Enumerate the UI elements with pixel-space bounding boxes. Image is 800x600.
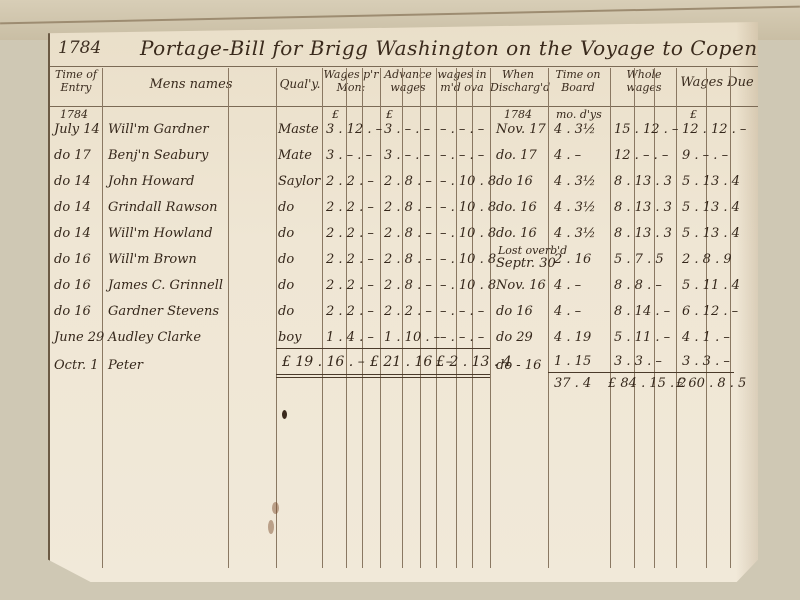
row-whole-wages: 5 . 7 . 5 bbox=[614, 252, 664, 267]
row-discharged: do. 17 bbox=[496, 148, 537, 163]
stain bbox=[268, 520, 274, 534]
row-whole-wages: 15 . 12 . – bbox=[614, 122, 678, 137]
column-rule bbox=[102, 68, 103, 568]
pound-sign: £ bbox=[690, 108, 697, 121]
row-whole-wages: 5 . 11 . – bbox=[614, 330, 670, 345]
row-md-ova: – . – . – bbox=[440, 304, 484, 319]
row-whole-wages: 8 . 14 . – bbox=[614, 304, 670, 319]
row-discharged: Nov. 17 bbox=[496, 122, 546, 137]
row-md-ova: – . – . – bbox=[440, 148, 484, 163]
time-units: mo. d'ys bbox=[556, 108, 602, 121]
row-wage-pm: 3 . 12 . – bbox=[326, 122, 382, 137]
row-entry: June 29 bbox=[54, 330, 104, 345]
row-wages-due: 4 . 1 . – bbox=[682, 330, 730, 345]
total-whole-wages: £ 84 . 15 . 2 bbox=[608, 376, 687, 391]
row-wage-pm: 2 . 2 . – bbox=[326, 304, 374, 319]
row-name: Audley Clarke bbox=[108, 330, 201, 345]
row-wages-due: 6 . 12 . – bbox=[682, 304, 738, 319]
row-whole-wages: 8 . 13 . 3 bbox=[614, 226, 672, 241]
row-advance: 2 . 8 . – bbox=[384, 226, 432, 241]
row-md-ova: – . 10 . 8 bbox=[440, 200, 496, 215]
row-wages-due: 9 . – . – bbox=[682, 148, 728, 163]
total-rule bbox=[276, 348, 490, 349]
column-rule bbox=[548, 68, 549, 568]
row-quality: Maste bbox=[278, 122, 319, 137]
header-wages-per-month: Wages p'r Mon: bbox=[322, 68, 380, 106]
row-quality: do bbox=[278, 200, 294, 215]
header-rule bbox=[50, 106, 758, 107]
row-discharged: do. 16 bbox=[496, 226, 537, 241]
row-name: Will'm Gardner bbox=[108, 122, 209, 137]
row-quality: do bbox=[278, 252, 294, 267]
row-entry: do 16 bbox=[54, 252, 91, 267]
column-rule bbox=[276, 68, 277, 568]
row-md-ova: – . 10 . 8 bbox=[440, 174, 496, 189]
row-quality: do bbox=[278, 278, 294, 293]
row-time-on-board: 4 . 3½ bbox=[554, 174, 596, 189]
row-wage-pm: 2 . 2 . – bbox=[326, 200, 374, 215]
row-wage-pm: 2 . 2 . – bbox=[326, 226, 374, 241]
row-time-on-board: 1 . 15 bbox=[554, 354, 591, 369]
row-md-ova: – . 10 . 8 bbox=[440, 252, 496, 267]
row-name: Will'm Brown bbox=[108, 252, 197, 267]
row-wages-due: 12 . 12 . – bbox=[682, 122, 746, 137]
row-quality: do bbox=[278, 226, 294, 241]
row-advance: 2 . 2 . – bbox=[384, 304, 432, 319]
row-entry: July 14 bbox=[54, 122, 100, 137]
entry-year: 1784 bbox=[60, 108, 88, 121]
pound-sign: £ bbox=[386, 108, 393, 121]
total-wage-pm: £ 19 . 16 . – bbox=[282, 354, 365, 370]
column-rule bbox=[490, 68, 491, 568]
row-name: Gardner Stevens bbox=[108, 304, 219, 319]
row-wage-pm: 1 . 4 . – bbox=[326, 330, 374, 345]
total-double-rule bbox=[276, 377, 490, 378]
row-md-ova: – . – . – bbox=[440, 330, 484, 345]
row-discharged: do. 16 bbox=[496, 200, 537, 215]
row-wage-pm: 2 . 2 . – bbox=[326, 174, 374, 189]
row-whole-wages: 8 . 8 . – bbox=[614, 278, 662, 293]
row-discharged: Nov. 16 bbox=[496, 278, 546, 293]
row-name: Grindall Rawson bbox=[108, 200, 217, 215]
row-entry: Octr. 1 bbox=[54, 358, 98, 373]
header-whole-wages: Whole wages bbox=[612, 68, 676, 106]
row-advance: 3 . – . – bbox=[384, 148, 430, 163]
document-year: 1784 bbox=[58, 38, 101, 58]
discharge-year: 1784 bbox=[504, 108, 532, 121]
column-rule bbox=[322, 68, 323, 568]
header-when-discharged: When Discharg'd bbox=[490, 68, 546, 106]
row-time-on-board: 4 . – bbox=[554, 304, 581, 319]
row-wages-due: 3 . 3 . – bbox=[682, 354, 730, 369]
ledger-page: 1784 Portage-Bill for Brigg Washington o… bbox=[48, 22, 758, 582]
row-time-on-board: 4 . 19 bbox=[554, 330, 591, 345]
row-entry: do 16 bbox=[54, 278, 91, 293]
row-name: Will'm Howland bbox=[108, 226, 213, 241]
row-entry: do 14 bbox=[54, 226, 91, 241]
row-wage-pm: 2 . 2 . – bbox=[326, 278, 374, 293]
row-time-on-board: 4 . – bbox=[554, 148, 581, 163]
row-entry: do 14 bbox=[54, 200, 91, 215]
column-rule bbox=[610, 68, 611, 568]
row-whole-wages: 3 . 3 . – bbox=[614, 354, 662, 369]
document-title: Portage-Bill for Brigg Washington on the… bbox=[140, 36, 800, 60]
row-wages-due: 5 . 13 . 4 bbox=[682, 174, 740, 189]
column-rule bbox=[228, 68, 229, 568]
row-advance: 2 . 8 . – bbox=[384, 252, 432, 267]
row-wage-pm: 2 . 2 . – bbox=[326, 252, 374, 267]
row-quality: do bbox=[278, 304, 294, 319]
row-entry: do 17 bbox=[54, 148, 91, 163]
row-discharged: Septr. 30 bbox=[496, 256, 556, 271]
row-time-on-board: 4 . 3½ bbox=[554, 200, 596, 215]
row-name: John Howard bbox=[108, 174, 195, 189]
row-whole-wages: 8 . 13 . 3 bbox=[614, 200, 672, 215]
row-advance: 2 . 8 . – bbox=[384, 278, 432, 293]
header-time-of-entry: Time of Entry bbox=[52, 68, 100, 106]
stain bbox=[272, 502, 279, 514]
total-time-on-board: 37 . 4 bbox=[554, 376, 591, 391]
header-wages-md-ova: wages in m'd ova bbox=[436, 68, 488, 106]
row-md-ova: – . 10 . 8 bbox=[440, 226, 496, 241]
total-wages-due: £ 60 . 8 . 5 bbox=[676, 376, 746, 391]
row-whole-wages: 8 . 13 . 3 bbox=[614, 174, 672, 189]
row-time-on-board: 4 . 3½ bbox=[554, 122, 596, 137]
row-quality: Mate bbox=[278, 148, 312, 163]
row-md-ova: – . – . – bbox=[440, 122, 484, 137]
row-wages-due: 5 . 13 . 4 bbox=[682, 226, 740, 241]
row-wages-due: 5 . 13 . 4 bbox=[682, 200, 740, 215]
row-discharged: do 16 bbox=[496, 304, 533, 319]
column-rule bbox=[436, 68, 437, 568]
row-entry: do 16 bbox=[54, 304, 91, 319]
row-discharged: do 16 bbox=[496, 174, 533, 189]
header-quality: Qual'y. bbox=[278, 68, 322, 116]
total-double-rule bbox=[276, 374, 490, 375]
ink-mark bbox=[282, 410, 287, 419]
row-wage-pm: 3 . – . – bbox=[326, 148, 372, 163]
row-entry: do 14 bbox=[54, 174, 91, 189]
row-advance: 2 . 8 . – bbox=[384, 174, 432, 189]
row-wages-due: 2 . 8 . 9 bbox=[682, 252, 732, 267]
row-advance: 2 . 8 . – bbox=[384, 200, 432, 215]
total-rule-right bbox=[548, 372, 734, 373]
row-discharged: do 29 bbox=[496, 330, 533, 345]
row-whole-wages: 12 . – . – bbox=[614, 148, 668, 163]
column-rule bbox=[380, 68, 381, 568]
row-name: Peter bbox=[108, 358, 143, 373]
column-rule bbox=[676, 68, 677, 568]
row-name: James C. Grinnell bbox=[108, 278, 223, 293]
title-row: 1784 Portage-Bill for Brigg Washington o… bbox=[50, 32, 758, 67]
pound-sign: £ bbox=[332, 108, 339, 121]
row-quality: Saylor bbox=[278, 174, 320, 189]
row-time-on-board: 4 . – bbox=[554, 278, 581, 293]
row-discharged: do - 16 bbox=[496, 358, 541, 373]
row-md-ova: – . 10 . 8 bbox=[440, 278, 496, 293]
row-name: Benj'n Seabury bbox=[108, 148, 208, 163]
header-advance-wages: Advance wages bbox=[380, 68, 436, 106]
header-mens-names: Mens names bbox=[106, 68, 276, 116]
row-wages-due: 5 . 11 . 4 bbox=[682, 278, 740, 293]
row-advance: 3 . – . – bbox=[384, 122, 430, 137]
row-quality: boy bbox=[278, 330, 302, 345]
header-time-on-board: Time on Board bbox=[548, 68, 608, 106]
row-time-on-board: 4 . 3½ bbox=[554, 226, 596, 241]
row-advance: 1 . 10 . – bbox=[384, 330, 440, 345]
row-time-on-board: 2 . 16 bbox=[554, 252, 591, 267]
